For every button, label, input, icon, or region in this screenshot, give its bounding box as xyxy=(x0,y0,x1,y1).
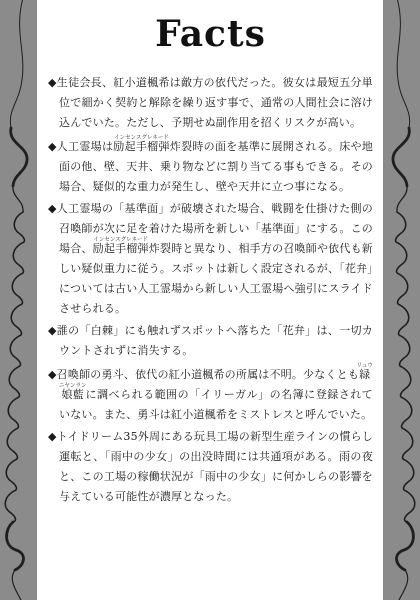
swirl-ornament-icon xyxy=(0,0,37,600)
furigana-term: 娘藍ニヤンラン xyxy=(59,388,85,401)
furigana-term: 緑リュウ xyxy=(359,368,373,381)
fact-item: ◆トイドリーム35外周にある玩具工場の新型生産ラインの慣らし運転と、「雨中の少女… xyxy=(48,427,373,507)
page-title: Facts xyxy=(48,12,373,56)
furigana-term: 励起手榴弾インセンスグレネード xyxy=(113,140,170,153)
furigana-term: 励起手榴弾インセンスグレネード xyxy=(93,242,149,255)
fact-item: ◆人工霊場は励起手榴弾インセンスグレネード炸裂時の面を基準に展開される。床や地面… xyxy=(48,135,373,197)
fact-item: ◆召喚師の勇斗、依代の紅小道楓希の所属は不明。少なくとも緑リュウ娘藍ニヤンランに… xyxy=(48,363,373,425)
fact-item: ◆人工霊場の「基準面」が破壊された場合、戦闘を仕掛けた側の召喚師が次に足を着けた… xyxy=(48,199,373,319)
diamond-bullet-icon: ◆ xyxy=(48,202,57,215)
diamond-bullet-icon: ◆ xyxy=(48,430,57,443)
diamond-bullet-icon: ◆ xyxy=(48,324,57,337)
facts-page: Facts ◆生徒会長、紅小道楓希は敵方の依代だった。彼女は最短五分単位で細かく… xyxy=(0,0,420,600)
content-area: Facts ◆生徒会長、紅小道楓希は敵方の依代だった。彼女は最短五分単位で細かく… xyxy=(37,0,383,600)
diamond-bullet-icon: ◆ xyxy=(48,368,57,381)
facts-list: ◆生徒会長、紅小道楓希は敵方の依代だった。彼女は最短五分単位で細かく契約と解除を… xyxy=(48,73,373,507)
right-ornament-border xyxy=(383,0,420,600)
diamond-bullet-icon: ◆ xyxy=(48,140,57,153)
fact-item: ◆生徒会長、紅小道楓希は敵方の依代だった。彼女は最短五分単位で細かく契約と解除を… xyxy=(48,73,373,133)
left-ornament-border xyxy=(0,0,37,600)
swirl-ornament-icon xyxy=(383,0,420,600)
diamond-bullet-icon: ◆ xyxy=(48,76,57,89)
fact-item: ◆誰の「白棘」にも触れずスポットへ落ちた「花弁」は、一切カウントされずに消失する… xyxy=(48,321,373,361)
